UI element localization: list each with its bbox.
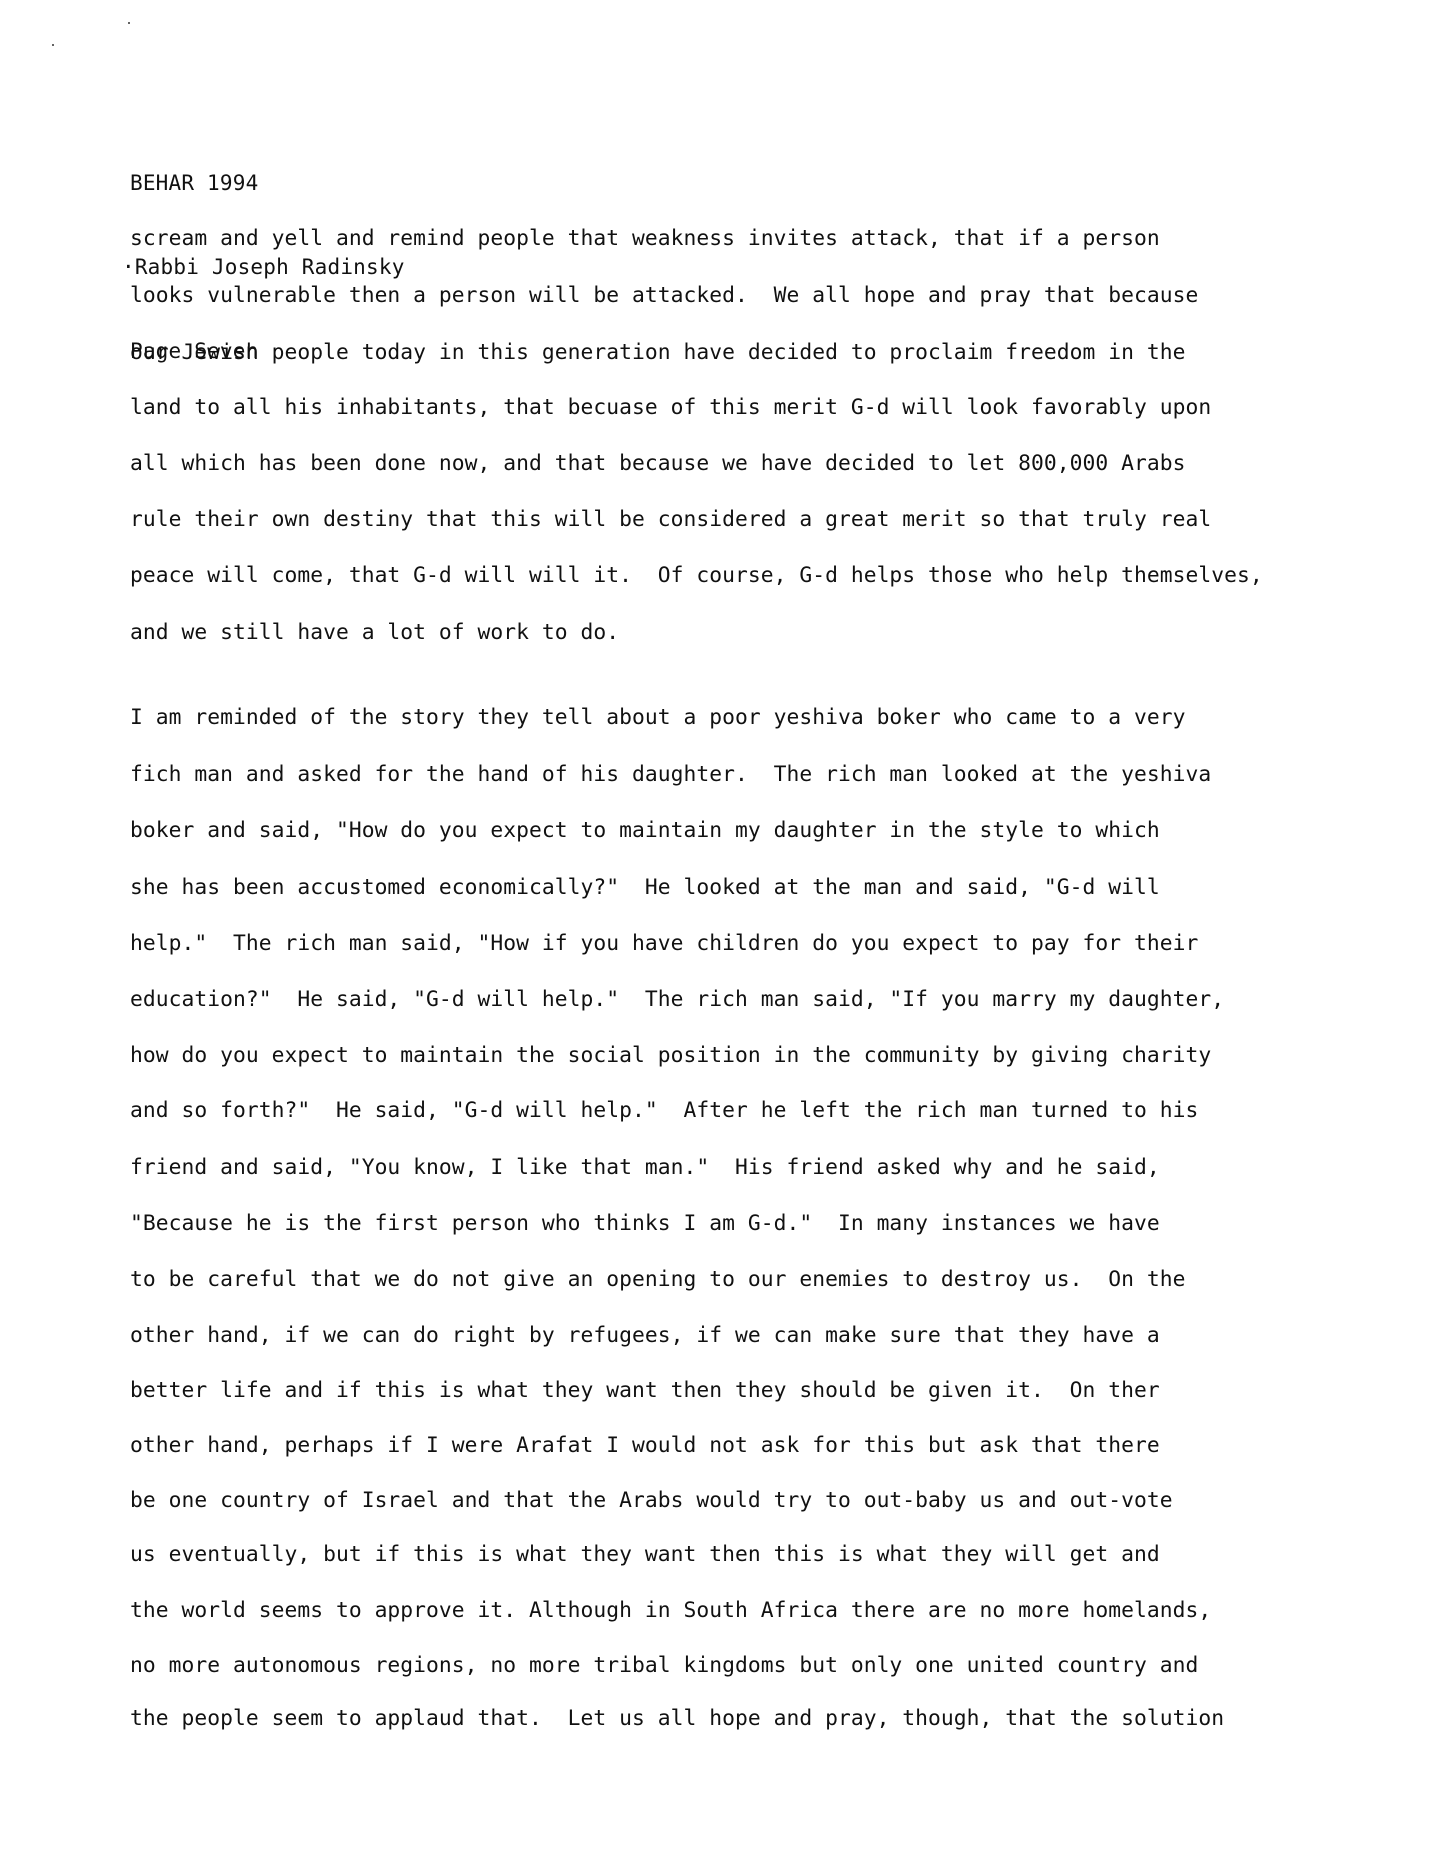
text-line: fich man and asked for the hand of his d… <box>130 761 1211 789</box>
document-page: BEHAR 1994 ·Rabbi Joseph Radinsky Page S… <box>0 0 1430 1851</box>
text-line: the world seems to approve it. Although … <box>130 1597 1211 1625</box>
text-line: "Because he is the first person who thin… <box>130 1210 1160 1238</box>
text-line: scream and yell and remind people that w… <box>130 225 1160 253</box>
text-line: she has been accustomed economically?" H… <box>130 874 1160 902</box>
text-line: better life and if this is what they wan… <box>130 1377 1160 1405</box>
text-line: and we still have a lot of work to do. <box>130 619 619 647</box>
text-line: looks vulnerable then a person will be a… <box>130 282 1198 310</box>
text-line: peace will come, that G-d will will it. … <box>130 562 1263 590</box>
text-line: the people seem to applaud that. Let us … <box>130 1705 1224 1733</box>
scan-speck <box>52 44 54 46</box>
text-line: us eventually, but if this is what they … <box>130 1541 1160 1569</box>
document-header: BEHAR 1994 ·Rabbi Joseph Radinsky Page S… <box>130 113 405 421</box>
text-line: all which has been done now, and that be… <box>130 450 1186 478</box>
text-line: I am reminded of the story they tell abo… <box>130 704 1186 732</box>
text-line: help." The rich man said, "How if you ha… <box>130 930 1198 958</box>
text-line: rule their own destiny that this will be… <box>130 506 1211 534</box>
text-line: friend and said, "You know, I like that … <box>130 1154 1160 1182</box>
text-line: other hand, perhaps if I were Arafat I w… <box>130 1432 1160 1460</box>
text-line: land to all his inhabitants, that becuas… <box>130 394 1211 422</box>
text-line: other hand, if we can do right by refuge… <box>130 1322 1160 1350</box>
text-line: and so forth?" He said, "G-d will help."… <box>130 1097 1198 1125</box>
text-line: to be careful that we do not give an ope… <box>130 1266 1186 1294</box>
text-line: be one country of Israel and that the Ar… <box>130 1487 1173 1515</box>
text-line: boker and said, "How do you expect to ma… <box>130 817 1160 845</box>
document-author: ·Rabbi Joseph Radinsky <box>122 253 405 281</box>
text-line: no more autonomous regions, no more trib… <box>130 1652 1198 1680</box>
text-line: how do you expect to maintain the social… <box>130 1042 1211 1070</box>
text-line: our Jewish people today in this generati… <box>130 339 1186 367</box>
document-title: BEHAR 1994 <box>130 169 405 197</box>
text-line: education?" He said, "G-d will help." Th… <box>130 986 1224 1014</box>
scan-speck <box>128 22 130 24</box>
